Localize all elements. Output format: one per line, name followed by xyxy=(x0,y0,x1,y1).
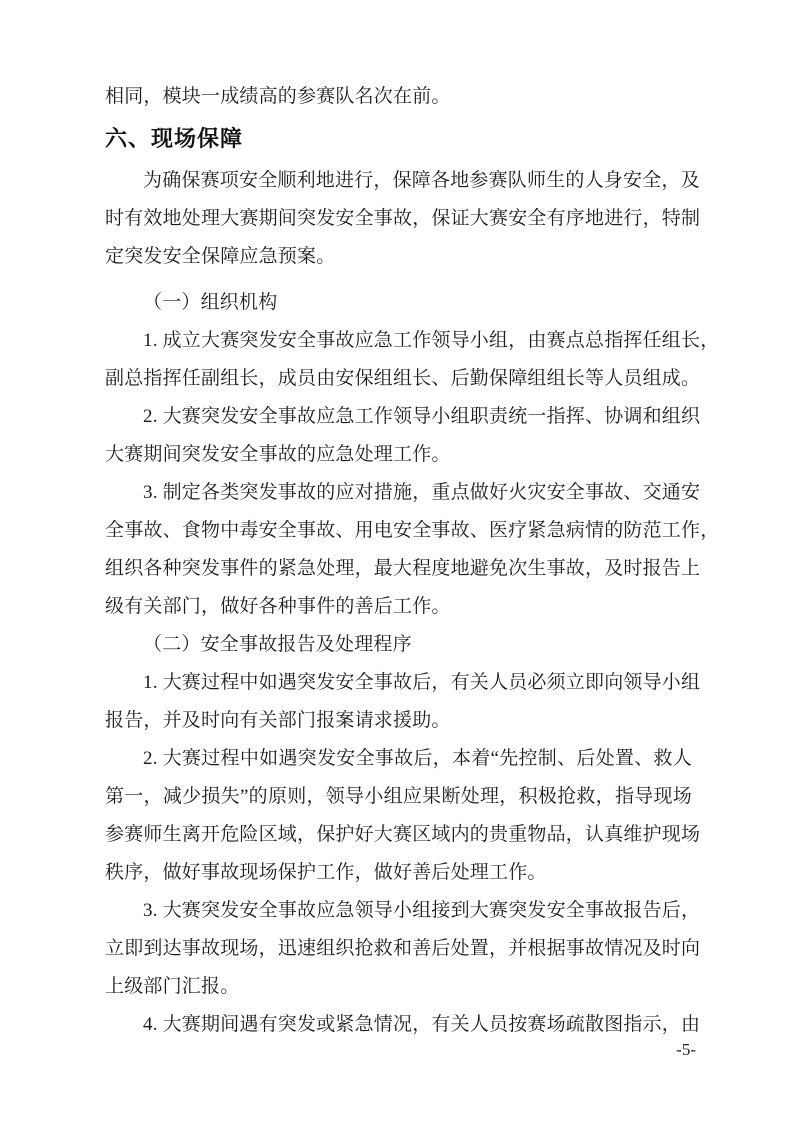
body-line: 时有效地处理大赛期间突发安全事故，保证大赛安全有序地进行，特制 xyxy=(105,200,692,238)
body-line: 报告，并及时向有关部门报案请求援助。 xyxy=(105,702,692,740)
body-line: 全事故、食物中毒安全事故、用电安全事故、医疗紧急病情的防范工作， xyxy=(105,512,692,550)
body-line: 3. 制定各类突发事故的应对措施，重点做好火灾安全事故、交通安 xyxy=(105,474,692,512)
paragraph-item-2-4: 4. 大赛期间遇有突发或紧急情况，有关人员按赛场疏散图指示，由 xyxy=(105,1006,692,1044)
body-line: 定突发安全保障应急预案。 xyxy=(105,238,692,276)
body-line: 上级部门汇报。 xyxy=(105,968,692,1006)
paragraph-item-2-3: 3. 大赛突发安全事故应急领导小组接到大赛突发安全事故报告后， 立即到达事故现场… xyxy=(105,892,692,1006)
subheading-organization: （一）组织机构 xyxy=(105,284,692,322)
paragraph-item-1-1: 1. 成立大赛突发安全事故应急工作领导小组，由赛点总指挥任组长， 副总指挥任副组… xyxy=(105,322,692,398)
subheading-report-procedure: （二）安全事故报告及处理程序 xyxy=(105,626,692,664)
body-line: 2. 大赛突发安全事故应急工作领导小组职责统一指挥、协调和组织 xyxy=(105,398,692,436)
body-line: 大赛期间突发安全事故的应急处理工作。 xyxy=(105,436,692,474)
subheading-line: （二）安全事故报告及处理程序 xyxy=(105,626,692,664)
body-line: 参赛师生离开危险区域，保护好大赛区域内的贵重物品，认真维护现场 xyxy=(105,816,692,854)
body-line: 秩序，做好事故现场保护工作，做好善后处理工作。 xyxy=(105,854,692,892)
document-page: 相同，模块一成绩高的参赛队名次在前。 六、现场保障 为确保赛项安全顺利地进行，保… xyxy=(0,0,800,1131)
body-line: 立即到达事故现场，迅速组织抢救和善后处置，并根据事故情况及时向 xyxy=(105,930,692,968)
body-line: 相同，模块一成绩高的参赛队名次在前。 xyxy=(105,78,692,116)
body-line: 第一，减少损失”的原则，领导小组应果断处理，积极抢救，指导现场 xyxy=(105,778,692,816)
section-heading: 六、现场保障 xyxy=(105,116,692,162)
paragraph-item-2-2: 2. 大赛过程中如遇突发安全事故后，本着“先控制、后处置、救人 第一，减少损失”… xyxy=(105,740,692,892)
document-content: 相同，模块一成绩高的参赛队名次在前。 六、现场保障 为确保赛项安全顺利地进行，保… xyxy=(0,0,800,1044)
body-line: 4. 大赛期间遇有突发或紧急情况，有关人员按赛场疏散图指示，由 xyxy=(105,1006,692,1044)
paragraph-item-2-1: 1. 大赛过程中如遇突发安全事故后，有关人员必须立即向领导小组 报告，并及时向有… xyxy=(105,664,692,740)
paragraph-item-1-3: 3. 制定各类突发事故的应对措施，重点做好火灾安全事故、交通安 全事故、食物中毒… xyxy=(105,474,692,626)
body-line: 1. 成立大赛突发安全事故应急工作领导小组，由赛点总指挥任组长， xyxy=(105,322,692,360)
paragraph-item-1-2: 2. 大赛突发安全事故应急工作领导小组职责统一指挥、协调和组织 大赛期间突发安全… xyxy=(105,398,692,474)
paragraph-carryover: 相同，模块一成绩高的参赛队名次在前。 xyxy=(105,78,692,116)
subheading-line: （一）组织机构 xyxy=(105,284,692,322)
page-number: -5- xyxy=(676,1040,696,1060)
body-line: 3. 大赛突发安全事故应急领导小组接到大赛突发安全事故报告后， xyxy=(105,892,692,930)
body-line: 副总指挥任副组长，成员由安保组组长、后勤保障组组长等人员组成。 xyxy=(105,360,692,398)
body-line: 组织各种突发事件的紧急处理，最大程度地避免次生事故，及时报告上 xyxy=(105,550,692,588)
paragraph-intro: 为确保赛项安全顺利地进行，保障各地参赛队师生的人身安全，及 时有效地处理大赛期间… xyxy=(105,162,692,276)
body-line: 1. 大赛过程中如遇突发安全事故后，有关人员必须立即向领导小组 xyxy=(105,664,692,702)
body-line: 2. 大赛过程中如遇突发安全事故后，本着“先控制、后处置、救人 xyxy=(105,740,692,778)
body-line: 为确保赛项安全顺利地进行，保障各地参赛队师生的人身安全，及 xyxy=(105,162,692,200)
body-line: 级有关部门，做好各种事件的善后工作。 xyxy=(105,588,692,626)
